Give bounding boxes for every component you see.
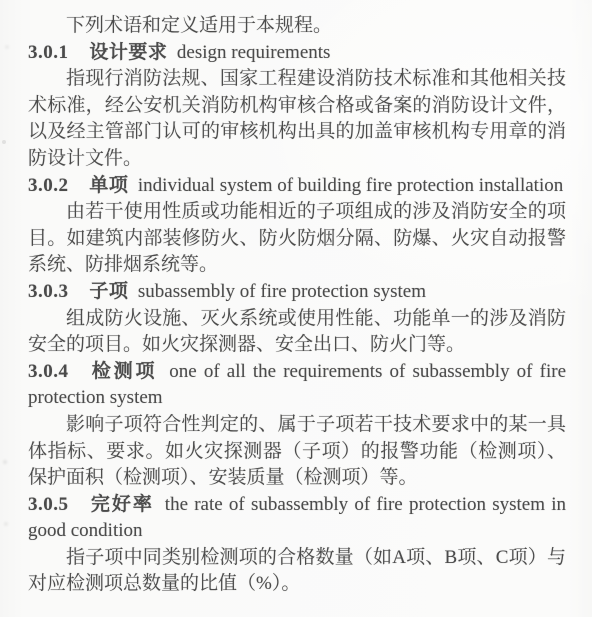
term-section-3-0-4: 3.0.4 检测项 one of all the requirements of… (28, 359, 566, 492)
term-name-en: design requirements (177, 42, 331, 63)
term-number: 3.0.3 (28, 281, 69, 302)
definition-paragraph: 指子项中同类别检测项的合格数量（如A项、B项、C项）与对应检测项总数量的比值（%… (28, 545, 566, 598)
term-number: 3.0.1 (28, 42, 69, 63)
term-name-zh: 子项 (89, 281, 128, 302)
term-number: 3.0.2 (28, 175, 69, 196)
term-heading: 3.0.1 设计要求 design requirements (28, 40, 566, 67)
term-number: 3.0.4 (28, 361, 69, 382)
term-section-3-0-1: 3.0.1 设计要求 design requirements 指现行消防法规、国… (28, 40, 566, 173)
term-section-3-0-3: 3.0.3 子项 subassembly of fire protection … (28, 279, 566, 359)
definition-paragraph: 组成防火设施、灭火系统或使用性能、功能单一的涉及消防安全的项目。如火灾探测器、安… (28, 306, 566, 359)
term-heading: 3.0.4 检测项 one of all the requirements of… (28, 359, 566, 412)
term-section-3-0-2: 3.0.2 单项 individual system of building f… (28, 173, 566, 279)
definition-paragraph: 指现行消防法规、国家工程建设消防技术标准和其他相关技术标准，经公安机关消防机构审… (28, 66, 566, 172)
term-name-zh: 单项 (89, 175, 128, 196)
term-name-zh: 设计要求 (89, 42, 167, 63)
definition-paragraph: 影响子项符合性判定的、属于子项若干技术要求中的某一具体指标、要求。如火灾探测器（… (28, 412, 566, 492)
term-name-en: individual system of building fire prote… (138, 175, 563, 196)
term-section-3-0-5: 3.0.5 完好率 the rate of subassembly of fir… (28, 492, 566, 598)
term-heading: 3.0.5 完好率 the rate of subassembly of fir… (28, 492, 566, 545)
intro-paragraph: 下列术语和定义适用于本规程。 (28, 13, 566, 40)
definition-paragraph: 由若干使用性质或功能相近的子项组成的涉及消防安全的项目。如建筑内部装修防火、防火… (28, 199, 566, 279)
term-number: 3.0.5 (28, 494, 69, 515)
term-name-en: subassembly of fire protection system (138, 281, 426, 302)
term-name-zh: 完好率 (91, 494, 154, 515)
term-name-zh: 检测项 (92, 361, 158, 382)
term-heading: 3.0.3 子项 subassembly of fire protection … (28, 279, 566, 306)
term-heading: 3.0.2 单项 individual system of building f… (28, 173, 566, 200)
scanned-document-page: 下列术语和定义适用于本规程。 3.0.1 设计要求 design require… (0, 0, 592, 617)
